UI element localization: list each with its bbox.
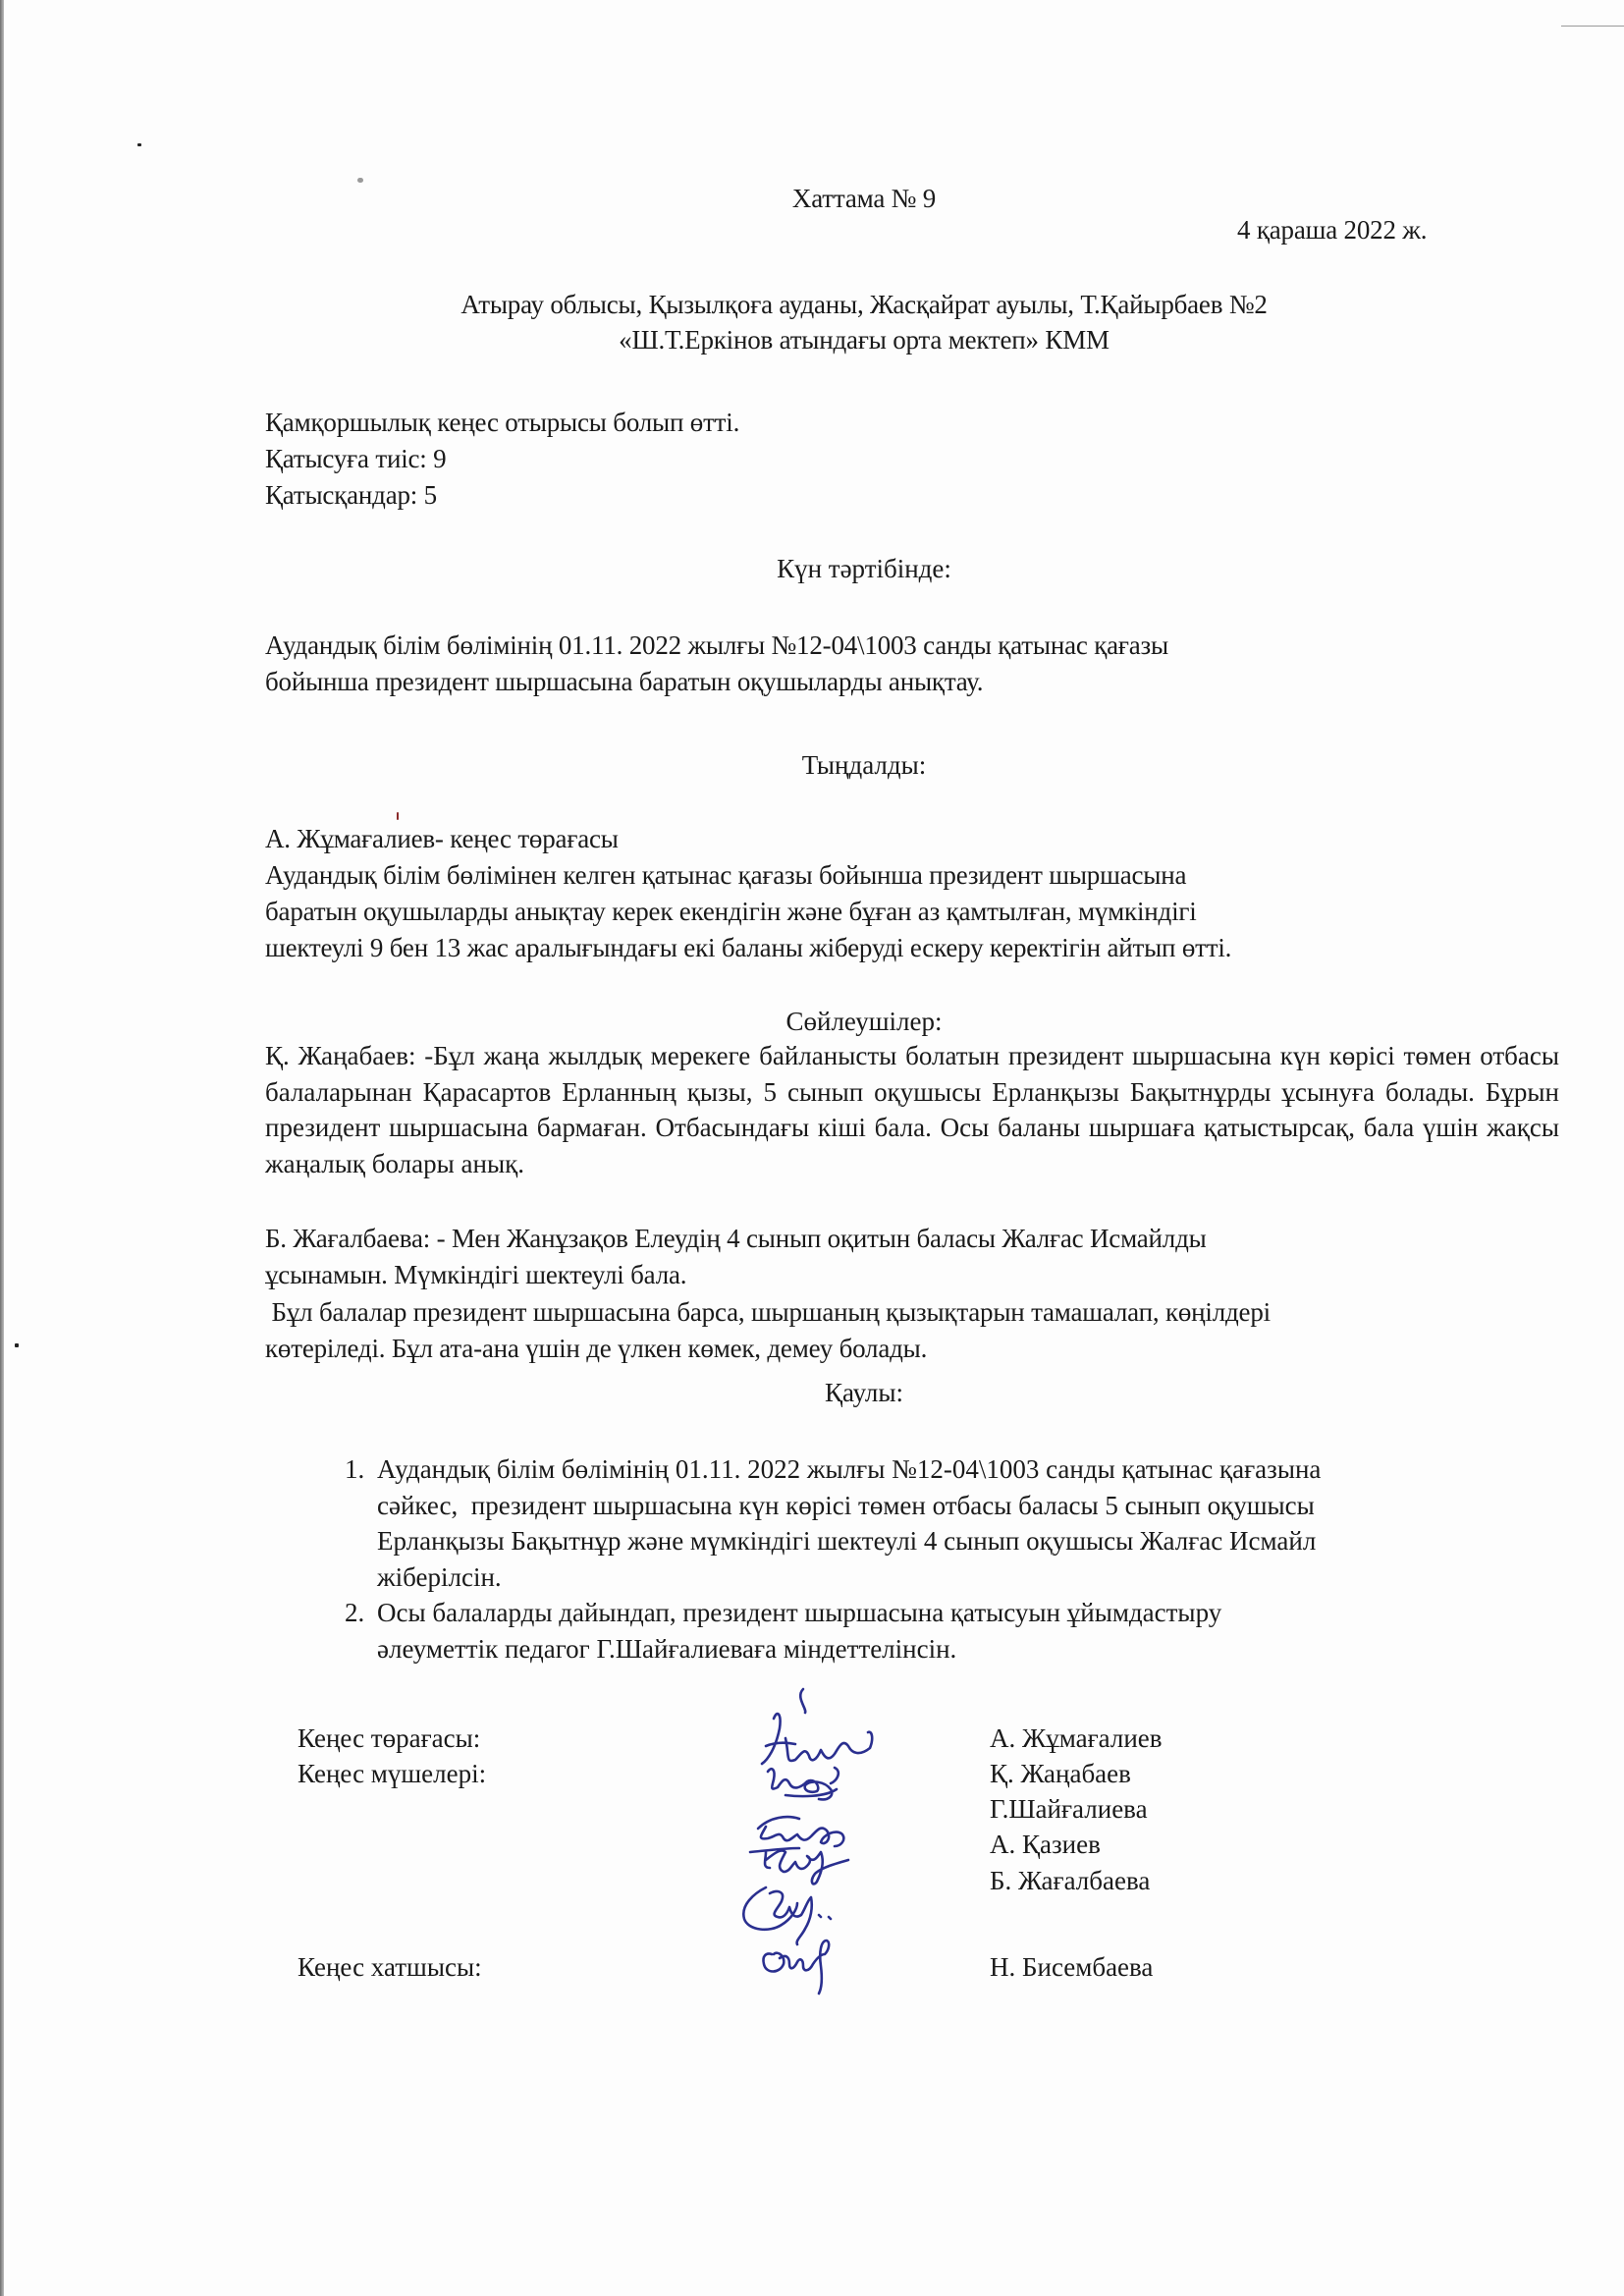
attended-count: Қатысқандар: 5	[265, 477, 437, 513]
decision-list: Аудандық білім бөлімінің 01.11. 2022 жыл…	[324, 1451, 1608, 1667]
members-label: Кеңес мүшелері:	[298, 1756, 486, 1791]
heard-line: шектеулі 9 бен 13 жас аралығындағы екі б…	[265, 930, 1231, 965]
heard-speaker: А. Жұмағалиев- кеңес төрағасы	[265, 821, 619, 856]
decision-item: Аудандық білім бөлімінің 01.11. 2022 жыл…	[371, 1451, 1608, 1595]
agenda-line: бойынша президент шыршасына баратын оқуш…	[265, 664, 983, 699]
decision-line: Аудандық білім бөлімінің 01.11. 2022 жыл…	[377, 1454, 1321, 1484]
document-title: Хаттама № 9	[0, 181, 1624, 216]
member-name: Г.Шайғалиева	[990, 1791, 1148, 1827]
address-line-1: Атырау облысы, Қызылқоға ауданы, Жасқайр…	[0, 287, 1624, 322]
speakers-heading: Сөйлеушілер:	[0, 1004, 1624, 1039]
speech-jagalbaeva-line: ұсынамын. Мүмкіндігі шектеулі бала.	[265, 1257, 686, 1292]
speech-janabaev: Қ. Жаңабаев: -Бұл жаңа жылдық мерекеге б…	[265, 1038, 1559, 1181]
decision-item: Осы балаларды дайындап, президент шыршас…	[371, 1595, 1608, 1667]
meeting-held-text: Қамқоршылық кеңес отырысы болып өтті.	[265, 405, 739, 440]
chair-label: Кеңес төрағасы:	[298, 1721, 480, 1756]
decision-line: сәйкес, президент шыршасына күн көрісі т…	[377, 1491, 1315, 1520]
member-name: Б. Жағалбаева	[990, 1863, 1150, 1898]
address-line-2: «Ш.Т.Еркінов атындағы орта мектеп» КММ	[0, 322, 1624, 357]
decision-heading: Қаулы:	[0, 1375, 1624, 1410]
speech-jagalbaeva-line: Б. Жағалбаева: - Мен Жанұзақов Елеудің 4…	[265, 1221, 1207, 1256]
decision-line: әлеуметтік педагог Г.Шайғалиеваға міндет…	[377, 1634, 956, 1664]
document-date: 4 қараша 2022 ж.	[1237, 212, 1427, 247]
member-name: А. Қазиев	[990, 1827, 1101, 1862]
signature-secretary-icon	[727, 1933, 923, 2001]
heard-line: Аудандық білім бөлімінен келген қатынас …	[265, 857, 1186, 893]
closing-remark-line: көтеріледі. Бұл ата-ана үшін де үлкен кө…	[265, 1331, 927, 1366]
secretary-name: Н. Бисембаева	[990, 1949, 1153, 1985]
protocol-document: Хаттама № 9 4 қараша 2022 ж. Атырау облы…	[0, 0, 1624, 2296]
agenda-heading: Күн тәртібінде:	[0, 551, 1624, 586]
member-name: Қ. Жаңабаев	[990, 1756, 1131, 1791]
heard-line: баратын оқушыларды анықтау керек екендіг…	[265, 894, 1197, 929]
agenda-line: Аудандық білім бөлімінің 01.11. 2022 жыл…	[265, 628, 1168, 663]
decision-line: жіберілсін.	[377, 1562, 502, 1592]
closing-remark-line: Бұл балалар президент шыршасына барса, ш…	[265, 1294, 1271, 1330]
speech-text: Қ. Жаңабаев: -Бұл жаңа жылдық мерекеге б…	[265, 1038, 1559, 1181]
should-attend-count: Қатысуға тиіс: 9	[265, 441, 446, 476]
heard-heading: Тыңдалды:	[0, 747, 1624, 783]
decision-line: Ерланқызы Бақытнұр және мүмкіндігі шекте…	[377, 1526, 1316, 1556]
secretary-label: Кеңес хатшысы:	[298, 1949, 482, 1985]
chair-name: А. Жұмағалиев	[990, 1721, 1163, 1756]
decision-line: Осы балаларды дайындап, президент шыршас…	[377, 1598, 1221, 1627]
